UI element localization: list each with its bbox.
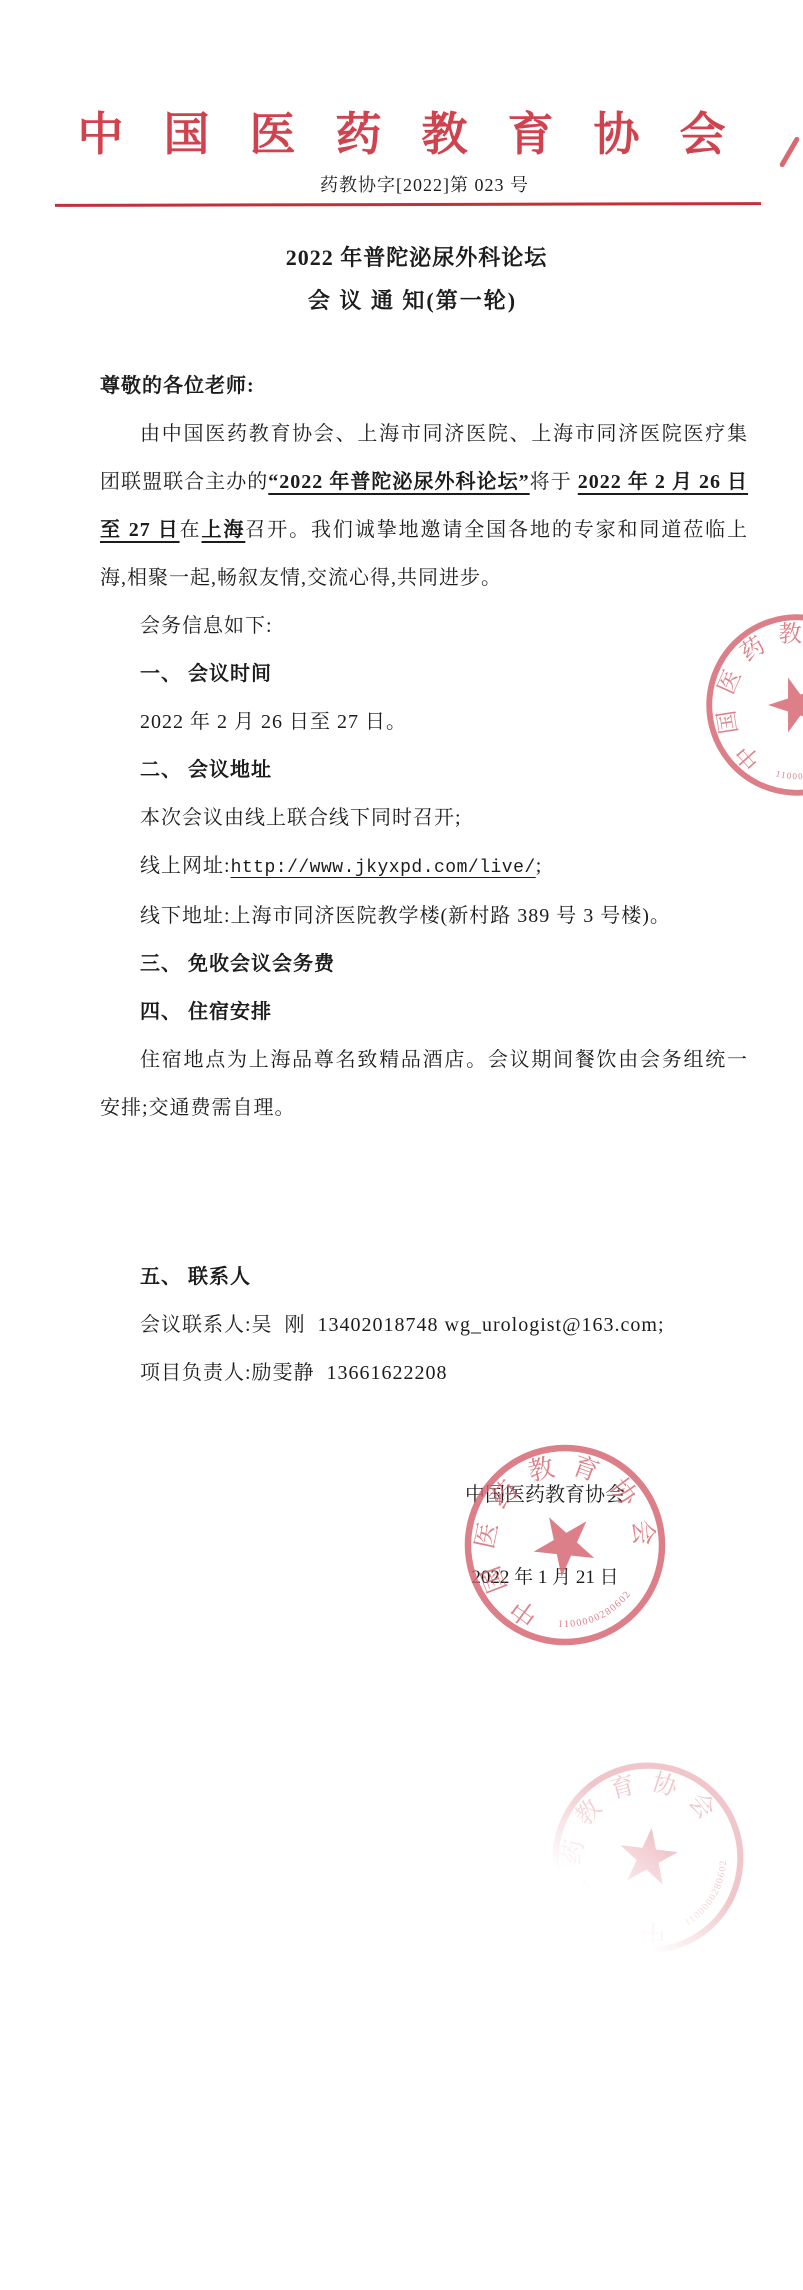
section-heading-accommodation: 四、 住宿安排: [100, 988, 748, 1036]
contact-line-2: 项目负责人:励雯静 13661622208: [100, 1349, 748, 1397]
svg-text:1100000280602: 1100000280602: [681, 1853, 735, 1934]
body-text: 尊敬的各位老师: 由中国医药教育协会、上海市同济医院、上海市同济医院医疗集团联盟…: [100, 362, 748, 1132]
org-title: 中国医药教育协会: [0, 98, 803, 164]
intro-text-3: 在: [180, 519, 202, 541]
svg-text:1100000280602: 1100000280602: [772, 747, 803, 791]
official-seal-faint: 中国医药教育协会 1100000280602: [515, 1725, 781, 1991]
header-divider: [55, 202, 761, 207]
forum-name-emphasis: “2022 年普陀泌尿外科论坛”: [268, 471, 529, 493]
document-page: 中国医药教育协会 药教协字[2022]第 023 号 2022 年普陀泌尿外科论…: [0, 0, 803, 2290]
live-url: http://www.jkyxpd.com/live/: [231, 858, 536, 878]
accommodation-text: 住宿地点为上海品尊名致精品酒店。会议期间餐饮由会务组统一安排;交通费需自理。: [100, 1036, 748, 1132]
meeting-time: 2022 年 2 月 26 日至 27 日。: [100, 698, 748, 746]
section-heading-venue: 二、 会议地址: [100, 746, 748, 794]
contacts-block: 五、 联系人 会议联系人:吴 刚 13402018748 wg_urologis…: [100, 1253, 748, 1397]
seal-star-icon: [523, 1502, 605, 1583]
venue-line: 本次会议由线上联合线下同时召开;: [100, 794, 748, 842]
svg-text:1100000280602: 1100000280602: [553, 1580, 637, 1643]
offline-address-line: 线下地址:上海市同济医院教学楼(新村路 389 号 3 号楼)。: [100, 892, 748, 940]
info-intro: 会务信息如下:: [100, 602, 748, 650]
section-heading-contacts: 五、 联系人: [100, 1253, 748, 1301]
salutation: 尊敬的各位老师:: [100, 362, 748, 410]
city-emphasis: 上海: [202, 519, 246, 541]
seal-star-icon: [608, 1819, 682, 1895]
section-heading-fee: 三、 免收会议会务费: [100, 940, 748, 988]
intro-paragraph: 由中国医药教育协会、上海市同济医院、上海市同济医院医疗集团联盟联合主办的“202…: [100, 410, 748, 602]
intro-text-2: 将于: [530, 471, 578, 493]
online-label: 线上网址:: [140, 855, 231, 877]
official-seal: 中国医药教育协会 1100000280602: [422, 1402, 709, 1689]
seal-star-icon: [762, 669, 803, 736]
contact-line-1: 会议联系人:吴 刚 13402018748 wg_urologist@163.c…: [100, 1301, 748, 1349]
doc-number: 药教协字[2022]第 023 号: [0, 171, 803, 197]
section-heading-time: 一、 会议时间: [100, 650, 748, 698]
notice-title: 2022 年普陀泌尿外科论坛: [0, 241, 803, 272]
online-address-line: 线上网址:http://www.jkyxpd.com/live/;: [100, 842, 748, 892]
notice-subtitle: 会 议 通 知(第一轮): [0, 284, 803, 315]
online-suffix: ;: [536, 855, 543, 877]
